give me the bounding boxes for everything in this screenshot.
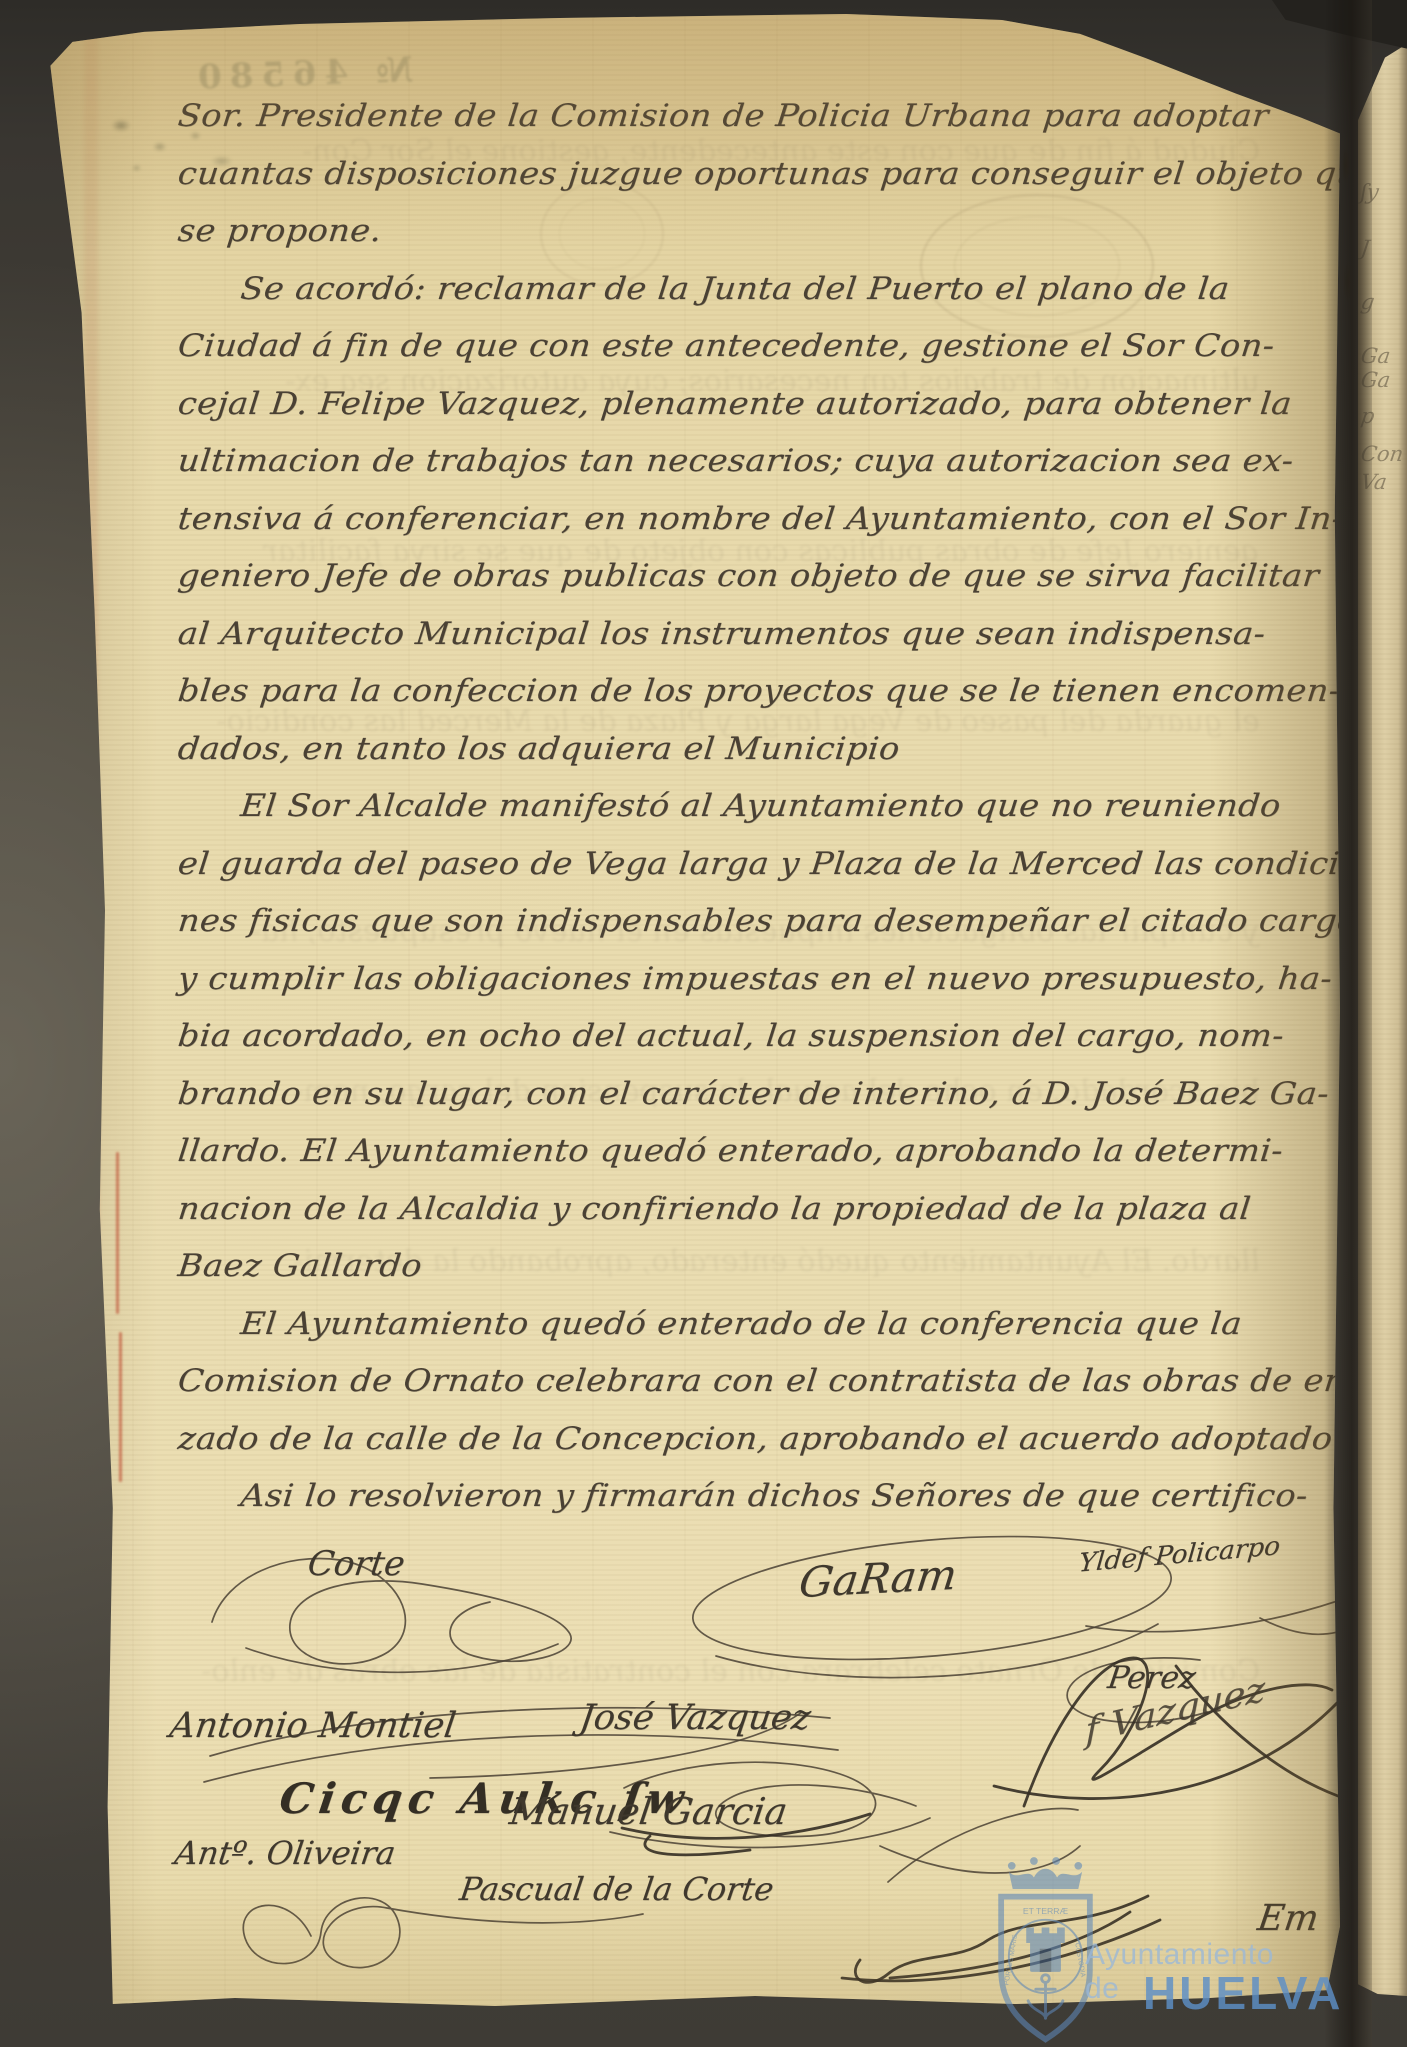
manuscript-line: se propone.: [175, 203, 1407, 261]
manuscript-line: Ciudad á fin de que con este antecedente…: [175, 318, 1407, 376]
manuscript-line: Comision de Ornato celebrara con el cont…: [175, 1353, 1407, 1411]
manuscript-line: y cumplir las obligaciones impuestas en …: [175, 951, 1407, 1009]
manuscript-line: cuantas disposiciones juzgue oportunas p…: [175, 146, 1407, 204]
manuscript-line: Asi lo resolvieron y firmarán dichos Señ…: [175, 1468, 1407, 1526]
crest-anchor: [1028, 1975, 1063, 2018]
manuscript-line: Sor. Presidente de la Comision de Polici…: [175, 88, 1407, 146]
manuscript-line: zado de la calle de la Concepcion, aprob…: [175, 1411, 1407, 1469]
crest-motto-top: ET TERRÆ: [1023, 1906, 1069, 1916]
manuscript-line: el guarda del paseo de Vega larga y Plaz…: [175, 836, 1407, 894]
red-edge-streak: [116, 1152, 119, 1314]
manuscript-line: dados, en tanto los adquiera el Municipi…: [175, 721, 1407, 779]
red-edge-streak: [119, 1332, 122, 1482]
manuscript-line: Se acordó: reclamar de la Junta del Puer…: [175, 261, 1407, 319]
manuscript-line: bles para la confeccion de los proyectos…: [175, 663, 1407, 721]
manuscript-line: geniero Jefe de obras publicas con objet…: [175, 548, 1407, 606]
book-gutter-shadow: [1324, 0, 1372, 2047]
manuscript-line: cejal D. Felipe Vazquez, plenamente auto…: [175, 376, 1407, 434]
manuscript-line: bia acordado, en ocho del actual, la sus…: [175, 1008, 1407, 1066]
manuscript-line: Baez Gallardo: [175, 1238, 1407, 1296]
manuscript-line: nacion de la Alcaldia y confiriendo la p…: [175, 1181, 1407, 1239]
manuscript-page: № 46580 Ciudad á fin de que con este ant…: [40, 14, 1340, 2006]
manuscript-line: El Ayuntamiento quedó enterado de la con…: [175, 1296, 1407, 1354]
signature-corte: Corte: [190, 1530, 620, 1680]
red-page-edge: [84, 14, 98, 2006]
manuscript-text: Sor. Presidente de la Comision de Polici…: [178, 88, 1328, 1526]
manuscript-line: al Arquitecto Municipal los instrumentos…: [175, 606, 1407, 664]
crest-tower: [1026, 1928, 1065, 1972]
manuscript-line: ultimacion de trabajos tan necesarios; c…: [175, 433, 1407, 491]
manuscript-line: brando en su lugar, con el carácter de i…: [175, 1066, 1407, 1124]
watermark-city-label: HUELVA: [1143, 1966, 1343, 2020]
manuscript-line: nes fisicas que son indispensables para …: [175, 893, 1407, 951]
photo-backdrop: ʃy J g Ga Ga p Con Va № 46580 Ciudad á f…: [0, 0, 1407, 2047]
manuscript-line: El Sor Alcalde manifestó al Ayuntamiento…: [175, 778, 1407, 836]
signature-pascual-corte: Pascual de la Corte: [460, 1870, 860, 1960]
manuscript-line: llardo. El Ayuntamiento quedó enterado, …: [175, 1123, 1407, 1181]
manuscript-line: tensiva á conferenciar, en nombre del Ay…: [175, 491, 1407, 549]
